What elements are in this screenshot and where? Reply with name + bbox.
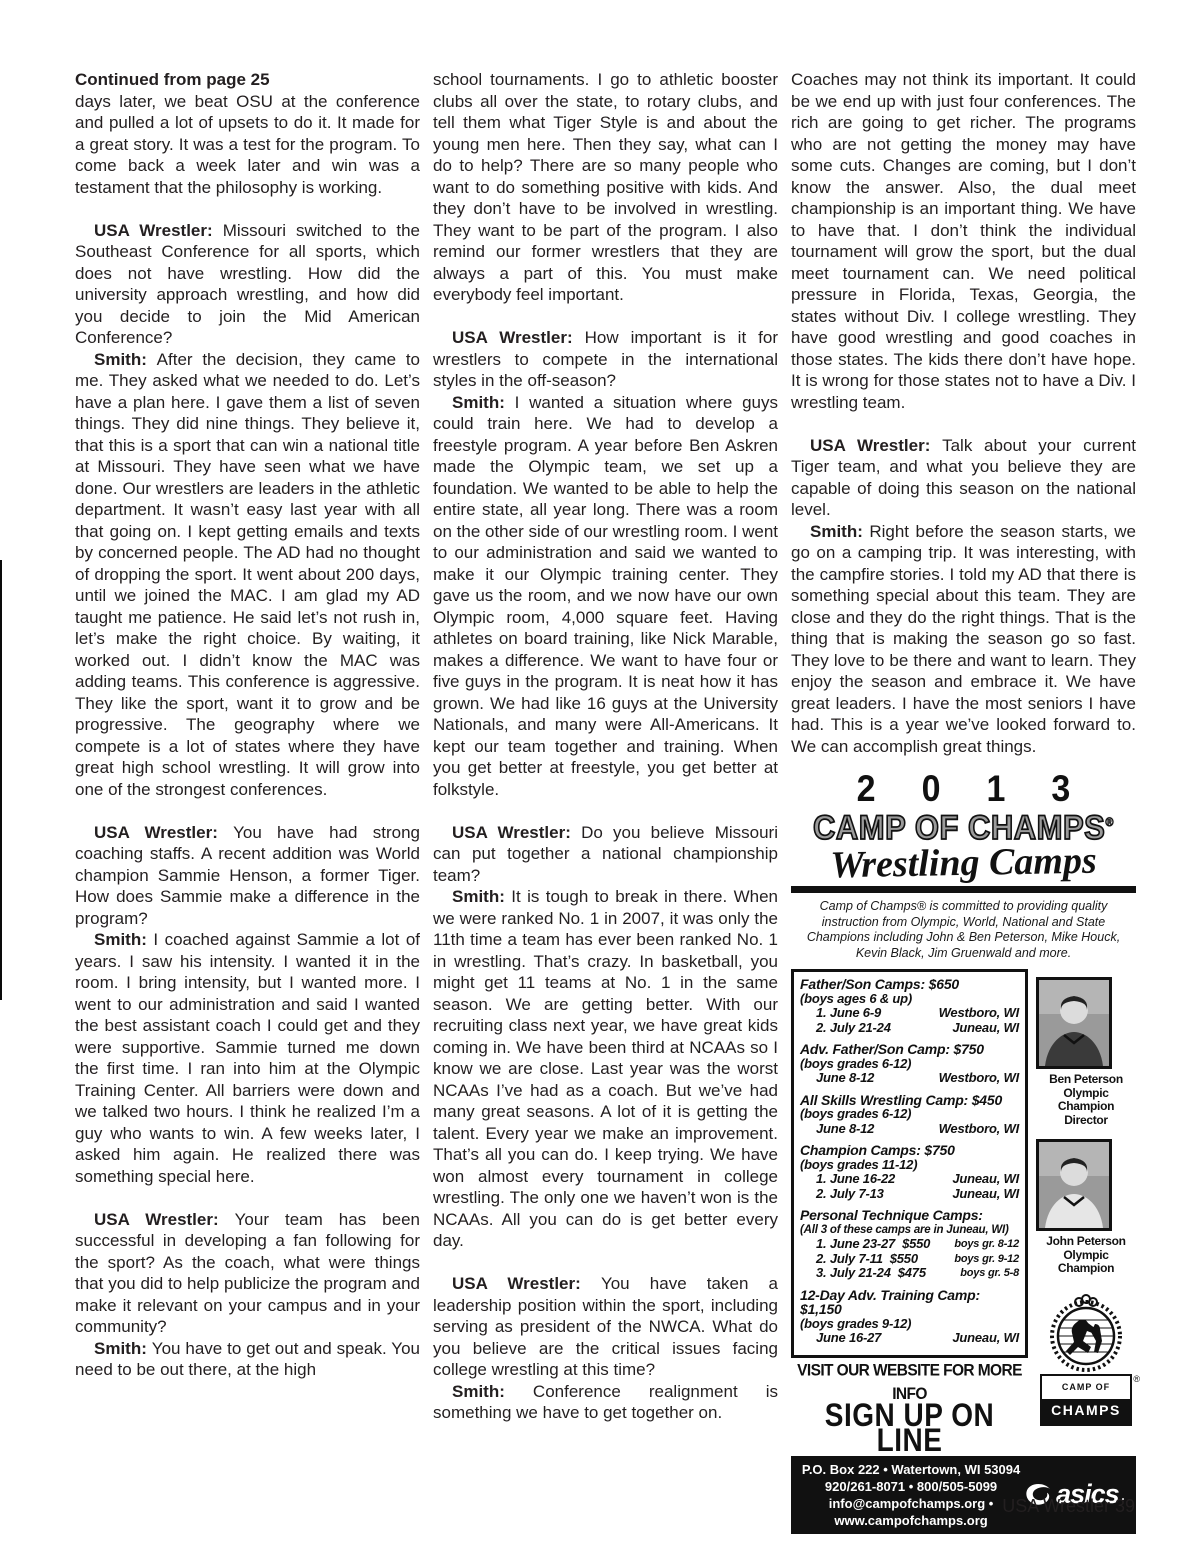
session-dates: June 16-27: [816, 1331, 881, 1346]
article-column-2: school tournaments. I go to athletic boo…: [433, 69, 778, 1534]
speaker-label: USA Wrestler:: [810, 436, 942, 455]
camp-title: Adv. Father/Son Camp: $750: [800, 1042, 1019, 1057]
smith-answer-paragraph: Smith: I coached against Sammie a lot of…: [75, 929, 420, 1187]
session-grades: boys gr. 5-8: [960, 1266, 1019, 1281]
camp-listing: Father/Son Camps: $650(boys ages 6 & up)…: [800, 977, 1019, 1035]
camp-title: Champion Camps: $750: [800, 1143, 1019, 1158]
usa-wrestler-question-paragraph: USA Wrestler: Talk about your current Ti…: [791, 435, 1136, 521]
continued-from-heading: Continued from page 25: [75, 69, 420, 91]
wrestlers-emblem-icon: [1047, 1294, 1125, 1372]
caption-line: Olympic Champion: [1036, 1087, 1136, 1114]
speaker-label: Smith:: [452, 1382, 533, 1401]
camps-price-list: Father/Son Camps: $650(boys ages 6 & up)…: [791, 969, 1028, 1358]
session-price: $550: [902, 1237, 930, 1252]
divider-bar: [791, 886, 1136, 893]
speaker-label: USA Wrestler:: [94, 1210, 235, 1229]
session-dates: 1. June 6-9: [816, 1006, 881, 1021]
session-dates: June 8-12: [816, 1122, 874, 1137]
camp-age-note: (boys grades 6-12): [800, 1107, 1019, 1122]
camp-listing: Adv. Father/Son Camp: $750(boys grades 6…: [800, 1042, 1019, 1086]
speaker-label: USA Wrestler:: [452, 1274, 601, 1293]
camp-age-note: (All 3 of these camps are in Juneau, WI): [800, 1223, 1019, 1238]
ad-script-title: Wrestling Camps: [791, 840, 1137, 886]
session-dates: 1. June 16-22: [816, 1172, 895, 1187]
session-price: $550: [890, 1252, 918, 1267]
session-grades: boys gr. 8-12: [954, 1237, 1019, 1252]
contact-line: P.O. Box 222 • Watertown, WI 53094: [799, 1461, 1023, 1478]
body-paragraph: Coaches may not think its important. It …: [791, 69, 1136, 413]
usa-wrestler-question-paragraph: USA Wrestler: How important is it for wr…: [433, 327, 778, 392]
photo-caption: Ben PetersonOlympic ChampionDirector: [1036, 1073, 1136, 1127]
session-location: Juneau, WI: [952, 1021, 1019, 1036]
speaker-label: Smith:: [94, 1339, 152, 1358]
camp-title: All Skills Wrestling Camp: $450: [800, 1093, 1019, 1108]
camp-listing: All Skills Wrestling Camp: $450(boys gra…: [800, 1093, 1019, 1137]
camp-age-note: (boys grades 9-12): [800, 1317, 1019, 1332]
coach-photo-block: John PetersonOlympic Champion: [1036, 1139, 1136, 1276]
john-peterson-photo: [1036, 1139, 1112, 1231]
camp-session-row: June 8-12Westboro, WI: [800, 1122, 1019, 1137]
coach-photos: Ben PetersonOlympic ChampionDirectorJohn…: [1036, 977, 1136, 1288]
emblem-line2: CHAMPS: [1042, 1399, 1130, 1424]
coach-photo-block: Ben PetersonOlympic ChampionDirector: [1036, 977, 1136, 1127]
registered-mark: ®: [1105, 816, 1114, 829]
ad-right-column: Ben PetersonOlympic ChampionDirectorJohn…: [1036, 969, 1136, 1449]
session-dates: 2. July 7-13: [816, 1187, 884, 1202]
article-column-1: Continued from page 25days later, we bea…: [75, 69, 420, 1534]
speaker-label: USA Wrestler:: [94, 221, 223, 240]
ad-address-bar: P.O. Box 222 • Watertown, WI 53094920/26…: [791, 1456, 1136, 1534]
speaker-label: Smith:: [94, 350, 157, 369]
sign-up-line: SIGN UP ON LINE: [791, 1403, 1028, 1452]
usa-wrestler-question-paragraph: USA Wrestler: Your team has been success…: [75, 1209, 420, 1338]
camp-listing: Personal Technique Camps:(All 3 of these…: [800, 1208, 1019, 1281]
ad-year-title: 2013: [791, 770, 1182, 809]
column-text: Coaches may not think its important. It …: [791, 69, 1136, 757]
session-price: $475: [898, 1266, 926, 1281]
camp-session-row: 1. June 16-22Juneau, WI: [800, 1172, 1019, 1187]
speaker-label: USA Wrestler:: [452, 823, 581, 842]
page-edge-artifact: [0, 560, 2, 1000]
ad-tagline: Camp of Champs® is committed to providin…: [791, 899, 1136, 961]
camp-session-row: 1. June 23-27$550boys gr. 8-12: [800, 1237, 1019, 1252]
usa-wrestler-question-paragraph: USA Wrestler: Do you believe Missouri ca…: [433, 822, 778, 887]
contact-line: 920/261-8071 • 800/505-5099: [799, 1478, 1023, 1495]
article: Continued from page 25days later, we bea…: [75, 69, 1136, 1534]
column-text: school tournaments. I go to athletic boo…: [433, 69, 778, 1424]
session-grades: boys gr. 9-12: [954, 1252, 1019, 1267]
session-location: Westboro, WI: [939, 1071, 1019, 1086]
ben-peterson-photo: [1036, 977, 1112, 1069]
usa-wrestler-question-paragraph: USA Wrestler: You have taken a leadershi…: [433, 1273, 778, 1381]
page-number: USA Wrestler 39: [790, 1496, 1135, 1517]
camp-session-row: 2. July 7-11$550boys gr. 9-12: [800, 1252, 1019, 1267]
smith-answer-paragraph: Smith: Right before the season starts, w…: [791, 521, 1136, 758]
smith-answer-paragraph: Smith: It is tough to break in there. Wh…: [433, 886, 778, 1252]
camp-of-champs-ad: 2013 CAMP OF CHAMPS® Wrestling Camps Cam…: [791, 771, 1136, 1534]
column-text: Continued from page 25days later, we bea…: [75, 69, 420, 1381]
speaker-label: Smith:: [810, 522, 869, 541]
session-location: Juneau, WI: [952, 1331, 1019, 1346]
usa-wrestler-question-paragraph: USA Wrestler: You have had strong coachi…: [75, 822, 420, 930]
body-paragraph: school tournaments. I go to athletic boo…: [433, 69, 778, 306]
session-dates: June 8-12: [816, 1071, 874, 1086]
session-dates: 2. July 7-11: [816, 1252, 883, 1267]
magazine-page: Continued from page 25days later, we bea…: [0, 0, 1200, 1558]
registered-mark: ®: [1133, 1369, 1140, 1391]
smith-answer-paragraph: Smith: You have to get out and speak. Yo…: [75, 1338, 420, 1381]
camp-session-row: June 8-12Westboro, WI: [800, 1071, 1019, 1086]
emblem-label: ® CAMP OF CHAMPS: [1040, 1374, 1132, 1426]
camp-age-note: (boys ages 6 & up): [800, 992, 1019, 1007]
speaker-label: USA Wrestler:: [94, 823, 233, 842]
camp-session-row: 3. July 21-24$475boys gr. 5-8: [800, 1266, 1019, 1281]
smith-answer-paragraph: Smith: I wanted a situation where guys c…: [433, 392, 778, 801]
camp-age-note: (boys grades 11-12): [800, 1158, 1019, 1173]
caption-line: Olympic Champion: [1036, 1249, 1136, 1276]
camp-listing: Champion Camps: $750(boys grades 11-12)1…: [800, 1143, 1019, 1201]
caption-line: Director: [1036, 1114, 1136, 1128]
session-location: Juneau, WI: [952, 1187, 1019, 1202]
camp-title: 12-Day Adv. Training Camp: $1,150: [800, 1288, 1019, 1317]
camp-session-row: 2. July 7-13Juneau, WI: [800, 1187, 1019, 1202]
camp-of-champs-emblem: ® CAMP OF CHAMPS: [1040, 1294, 1132, 1426]
camp-session-row: June 16-27Juneau, WI: [800, 1331, 1019, 1346]
speaker-label: USA Wrestler:: [452, 328, 585, 347]
speaker-label: Smith:: [452, 393, 515, 412]
session-location: Juneau, WI: [952, 1172, 1019, 1187]
article-column-3: Coaches may not think its important. It …: [791, 69, 1136, 1534]
smith-answer-paragraph: Smith: Conference realignment is somethi…: [433, 1381, 778, 1424]
caption-line: John Peterson: [1036, 1235, 1136, 1249]
ad-body: Father/Son Camps: $650(boys ages 6 & up)…: [791, 969, 1136, 1449]
session-dates: 1. June 23-27: [816, 1237, 895, 1252]
camp-age-note: (boys grades 6-12): [800, 1057, 1019, 1072]
camp-title: Personal Technique Camps:: [800, 1208, 1019, 1223]
session-location: Westboro, WI: [939, 1122, 1019, 1137]
body-paragraph: days later, we beat OSU at the conferenc…: [75, 91, 420, 199]
ad-left-column: Father/Son Camps: $650(boys ages 6 & up)…: [791, 969, 1028, 1449]
camp-listing: 12-Day Adv. Training Camp: $1,150(boys g…: [800, 1288, 1019, 1346]
contact-info: P.O. Box 222 • Watertown, WI 53094920/26…: [799, 1461, 1023, 1529]
caption-line: Ben Peterson: [1036, 1073, 1136, 1087]
speaker-label: Smith:: [94, 930, 153, 949]
camp-session-row: 2. July 21-24Juneau, WI: [800, 1021, 1019, 1036]
session-dates: 3. July 21-24: [816, 1266, 891, 1281]
speaker-label: Smith:: [452, 887, 511, 906]
session-dates: 2. July 21-24: [816, 1021, 891, 1036]
photo-caption: John PetersonOlympic Champion: [1036, 1235, 1136, 1276]
camp-session-row: 1. June 6-9Westboro, WI: [800, 1006, 1019, 1021]
session-location: Westboro, WI: [939, 1006, 1019, 1021]
emblem-line1: CAMP OF: [1042, 1376, 1130, 1400]
usa-wrestler-question-paragraph: USA Wrestler: Missouri switched to the S…: [75, 220, 420, 349]
camp-title: Father/Son Camps: $650: [800, 977, 1019, 992]
smith-answer-paragraph: Smith: After the decision, they came to …: [75, 349, 420, 801]
